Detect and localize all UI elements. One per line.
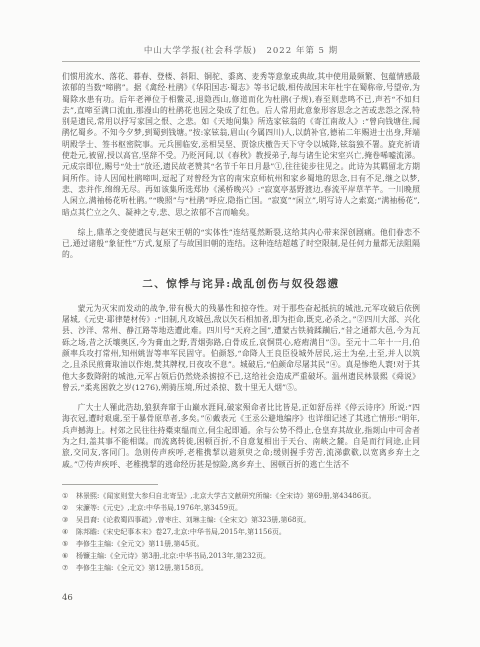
footnote-text: 李修生主编:《全元文》第11册,第45页。 [76,539,420,550]
footnote-marker: ③ [62,515,76,526]
footnote-text: 宋濂等:《元史》,北京:中华书局,1976年,第3459页。 [76,503,420,514]
footnote-marker: ⑦ [62,563,76,574]
section-heading: 二、惊悸与诧异:战乱创伤与奴役怨懑 [62,276,420,291]
footnote-text: 吴昌裔:《论救蜀四事疏》,曾枣庄、刘琳主编:《全宋文》第323册,第68页。 [76,515,420,526]
footnote-text: 陈邦瞻:《宋史纪事本末》卷27,北京:中华书局,2015年,第1156页。 [76,527,420,538]
footnote-row: ③ 吴昌裔:《论救蜀四事疏》,曾枣庄、刘琳主编:《全宋文》第323册,第68页。 [62,515,420,526]
footnote-marker: ⑥ [62,551,76,562]
footnote-row: ⑤ 李修生主编:《全元文》第11册,第45页。 [62,539,420,550]
paragraph-summary: 综上,鼎革之变使遗民与赵宋王朝的“实体性”连结戛然断裂,这给其内心带来深创剧痛。… [62,227,420,261]
footnote-row: ④ 陈邦瞻:《宋史纪事本末》卷27,北京:中华书局,2015年,第1156页。 [62,527,420,538]
journal-header: 中山大学学报(社会科学版) 2022 年第 5 期 [62,44,420,56]
paragraph-scholars-flight: 广大士人罹此浩劫,狼狈奔窜于山巅水涯间,破家殒命者比比皆是,正如舒岳祥《停云诗序… [62,402,420,470]
footnote-divider [62,484,158,485]
footnote-row: ② 宋濂等:《元史》,北京:中华书局,1976年,第3459页。 [62,503,420,514]
footnote-marker: ⑤ [62,539,76,550]
paragraph-continuation: 们惯用流水、落花、暮春、登楼、斜阳、铜驼、黍离、麦秀等意象或典故,其中使用最频繁… [62,71,420,218]
journal-page: 中山大学学报(社会科学版) 2022 年第 5 期 们惯用流水、落花、暮春、登楼… [0,0,480,647]
page-content: 中山大学学报(社会科学版) 2022 年第 5 期 们惯用流水、落花、暮春、登楼… [62,0,420,576]
paragraph-war-atrocity: 蒙元为灭宋而发动的战争,带有极大的残暴性和掠夺性。对于那些奋起抵抗的城池,元军攻… [62,303,420,393]
header-divider [62,61,420,62]
page-number: 46 [62,593,73,603]
footnote-text: 杨镰主编:《全元诗》第3册,北京:中华书局,2013年,第232页。 [76,551,420,562]
footnote-block: ① 林景熙:《闻家则堂大参归自北寄呈》,北京大学古文献研究所编:《全宋诗》第69… [62,484,420,574]
footnote-marker: ④ [62,527,76,538]
footnote-row: ⑥ 杨镰主编:《全元诗》第3册,北京:中华书局,2013年,第232页。 [62,551,420,562]
footnote-text: 林景熙:《闻家则堂大参归自北寄呈》,北京大学古文献研究所编:《全宋诗》第69册,… [76,491,420,502]
footnote-row: ⑦ 李修生主编:《全元文》第12册,第158页。 [62,563,420,574]
footnote-marker: ② [62,503,76,514]
footnote-text: 李修生主编:《全元文》第12册,第158页。 [76,563,420,574]
footnote-marker: ① [62,491,76,502]
footnote-row: ① 林景熙:《闻家则堂大参归自北寄呈》,北京大学古文献研究所编:《全宋诗》第69… [62,491,420,502]
